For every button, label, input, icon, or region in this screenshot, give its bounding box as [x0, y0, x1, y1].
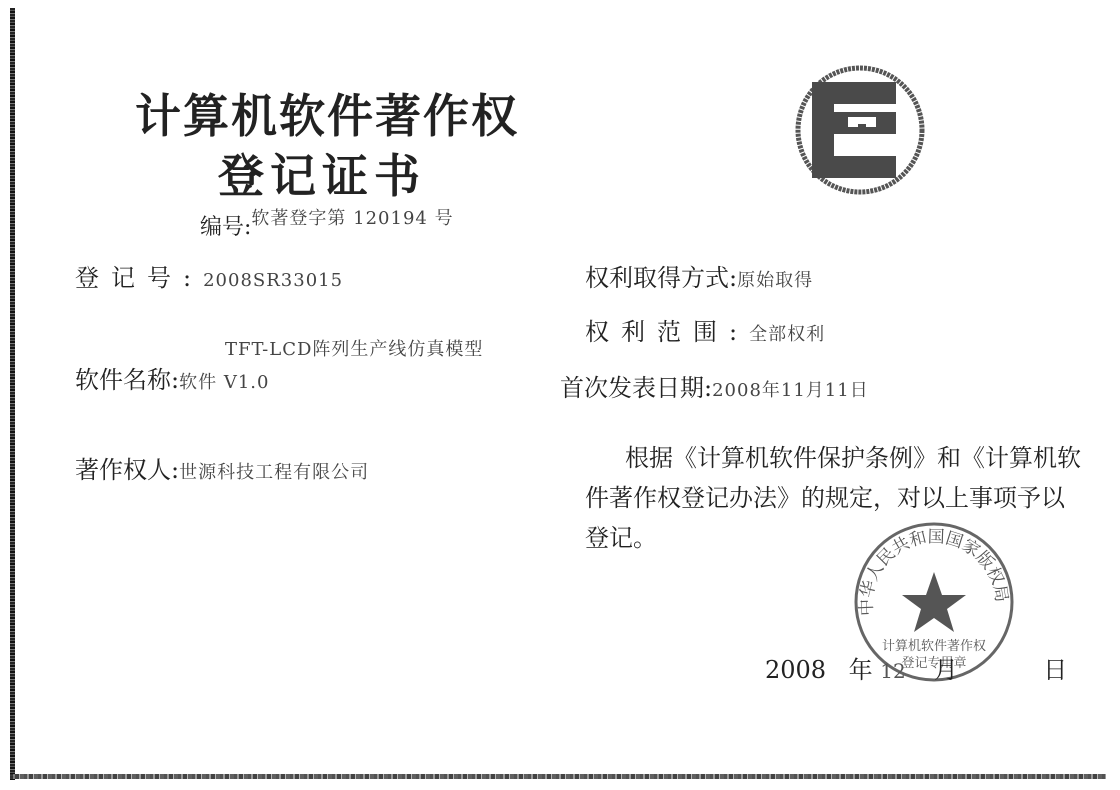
scope-value: 全部权利	[749, 324, 825, 345]
software-name-line1: TFT-LCD阵列生产线仿真模型	[225, 335, 483, 361]
software-name-value-2: 软件 V1.0	[179, 372, 269, 393]
registration-number: 登记号:2008SR33015	[75, 258, 343, 293]
issue-month: 12	[880, 659, 920, 683]
pubdate-value: 2008年11月11日	[712, 380, 869, 401]
rights-acquisition: 权利取得方式:原始取得	[585, 258, 813, 293]
software-name-line2: 软件名称:软件 V1.0	[75, 360, 269, 395]
issue-year: 2008	[765, 656, 835, 684]
issue-date: 2008 年 12 月 日	[765, 650, 1067, 685]
owner-label: 著作权人:	[75, 456, 179, 484]
certificate-number-value: 软著登字第 120194 号	[251, 208, 453, 229]
software-name-value-1: TFT-LCD阵列生产线仿真模型	[225, 339, 483, 360]
pubdate-label: 首次发表日期:	[560, 374, 712, 402]
issue-year-unit: 年	[849, 650, 873, 685]
certificate-number: 编号:软著登字第 120194 号	[200, 200, 454, 231]
registration-number-value: 2008SR33015	[203, 270, 343, 291]
first-publication-date: 首次发表日期:2008年11月11日	[560, 368, 869, 403]
owner-value: 世源科技工程有限公司	[179, 462, 369, 483]
acquisition-label: 权利取得方式:	[585, 264, 737, 292]
scope-label: 权利范围:	[585, 318, 749, 346]
certificate-number-label: 编号:	[200, 215, 251, 240]
certificate-title: 计算机软件著作权	[135, 80, 519, 146]
issue-month-unit: 月	[934, 650, 958, 685]
certificate-subtitle: 登记证书	[218, 140, 426, 206]
copyright-owner: 著作权人:世源科技工程有限公司	[75, 450, 369, 485]
registration-number-label: 登记号:	[75, 264, 203, 292]
issue-day-unit: 日	[1043, 650, 1067, 685]
copyright-center-logo-icon	[790, 60, 930, 200]
scan-border-bottom	[10, 774, 1106, 779]
acquisition-value: 原始取得	[737, 270, 813, 291]
rights-scope: 权利范围:全部权利	[585, 312, 825, 347]
software-name-label: 软件名称:	[75, 366, 179, 394]
scan-border-left	[10, 8, 15, 780]
